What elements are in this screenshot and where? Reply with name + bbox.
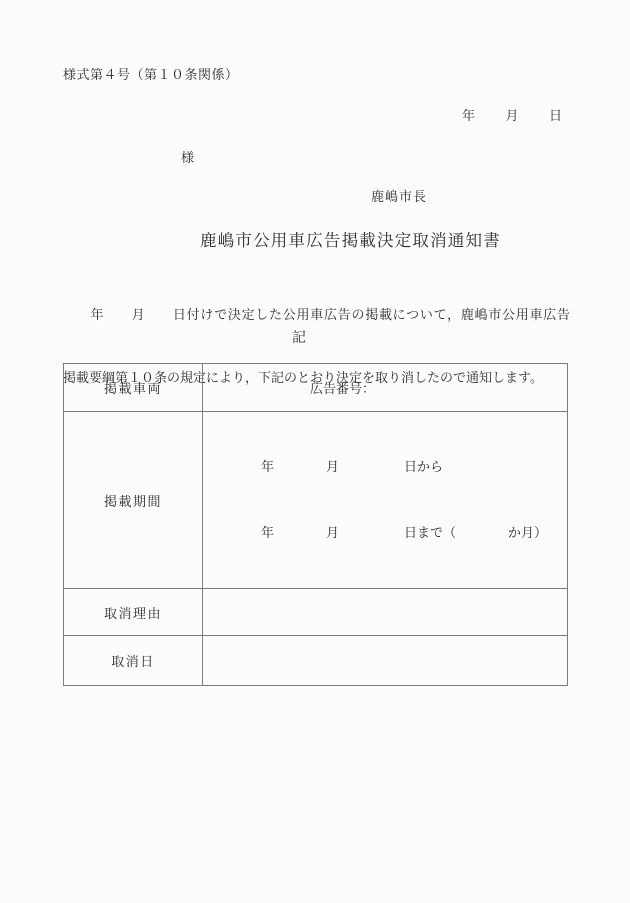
row-label-period: 掲載期間 [64,412,203,589]
addressee-suffix: 様 [181,147,194,166]
row-label-reason: 取消理由 [64,589,203,636]
period-from-line: 年 月 日から [261,456,567,478]
period-to-line: 年 月 日まで（ か月） [261,522,567,544]
row-value-cancel-date-empty [203,636,568,686]
row-value-period: 年 月 日から 年 月 日まで（ か月） [203,412,568,589]
body-line-1: 年 月 日付けで決定した公用車広告の掲載について，鹿嶋市公用車広告 [63,304,570,325]
row-label-vehicle: 掲載車両 [64,364,203,412]
form-number: 様式第４号（第１０条関係） [63,64,239,83]
table-row-period: 掲載期間 年 月 日から 年 月 日まで（ か月） [64,412,568,589]
table-row-vehicle: 掲載車両 広告番号： [64,364,568,412]
record-marker: 記 [292,327,306,347]
date-line: 年 月 日 [462,105,564,124]
document-page: 様式第４号（第１０条関係） 年 月 日 様 鹿嶋市長 鹿嶋市公用車広告掲載決定取… [0,0,630,903]
table-row-cancel-date: 取消日 [64,636,568,686]
sender-name: 鹿嶋市長 [371,186,427,205]
table-row-reason: 取消理由 [64,589,568,636]
row-value-reason-empty [203,589,568,636]
notice-table: 掲載車両 広告番号： 掲載期間 年 月 日から 年 月 日まで（ か月） 取消理… [63,363,568,686]
row-value-ad-number: 広告番号： [203,364,568,412]
row-label-cancel-date: 取消日 [64,636,203,686]
document-title: 鹿嶋市公用車広告掲載決定取消通知書 [200,227,501,251]
